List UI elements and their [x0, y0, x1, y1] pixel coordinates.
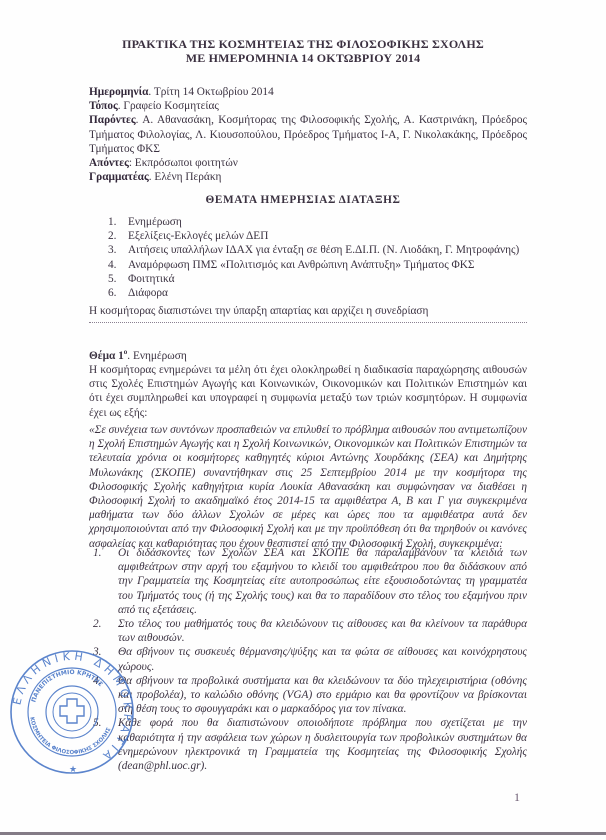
rule-item: 3.Θα σβήνουν τις συσκευές θέρμανσης/ψύξη… [89, 645, 527, 673]
meta-date-label: Ημερομηνία [89, 86, 148, 98]
agenda-item-number: 5. [108, 272, 128, 286]
rule-item: 1.Οι διδάσκοντες των Σχολών ΣΕΑ και ΣΚΟΠ… [89, 546, 527, 617]
rule-text: Κάθε φορά που θα διαπιστώνουν οποιοδήποτ… [118, 716, 527, 773]
agenda-item: 1.Ενημέρωση [108, 215, 519, 229]
rule-text: Θα σβήνουν τα προβολικά συστήματα και θα… [118, 674, 527, 717]
rule-text: Θα σβήνουν τις συσκευές θέρμανσης/ψύξης … [118, 645, 527, 673]
meta-date-value: . Τρίτη 14 Οκτωβρίου 2014 [148, 86, 273, 98]
meta-place-label: Τόπος [89, 100, 118, 112]
agenda-item: 2.Εξελίξεις-Εκλογές μελών ΔΕΠ [108, 229, 519, 243]
document-title-line-2: ΜΕ ΗΜΕΡΟΜΗΝΙΑ 14 ΟΚΤΩΒΡΙΟΥ 2014 [0, 51, 606, 66]
topic-1-heading: Θέμα 1ο. Ενημέρωση [89, 345, 527, 363]
agenda-heading: ΘΕΜΑΤΑ ΗΜΕΡΗΣΙΑΣ ΔΙΑΤΑΞΗΣ [0, 194, 606, 206]
agenda-item-number: 6. [108, 286, 128, 300]
document-title-line-1: ΠΡΑΚΤΙΚΑ ΤΗΣ ΚΟΣΜΗΤΕΙΑΣ ΤΗΣ ΦΙΛΟΣΟΦΙΚΗΣ … [0, 37, 606, 52]
agenda-item: 5.Φοιτητικά [108, 272, 519, 286]
meta-present-label: Παρόντες [89, 114, 136, 126]
rule-item: 2.Στο τέλος του μαθήματός τους θα κλειδώ… [89, 617, 527, 645]
agenda-item-text: Ενημέρωση [128, 215, 182, 229]
meta-place: Τόπος. Γραφείο Κοσμητείας [89, 99, 527, 113]
agenda-item-number: 2. [108, 229, 128, 243]
meta-secretary: Γραμματέας. Ελένη Περάκη [89, 170, 527, 184]
agenda-item-number: 1. [108, 215, 128, 229]
rule-text: Οι διδάσκοντες των Σχολών ΣΕΑ και ΣΚΟΠΕ … [118, 546, 527, 617]
agenda-item-number: 3. [108, 243, 128, 257]
topic-1-section: Θέμα 1ο. Ενημέρωση Η κοσμήτορας ενημερών… [89, 345, 527, 420]
agenda-item-text: Φοιτητικά [128, 272, 174, 286]
meta-present-value: . Α. Αθανασάκη, Κοσμήτορας της Φιλοσοφικ… [89, 114, 527, 154]
meta-absent-value: : Εκπρόσωποι φοιτητών [129, 157, 238, 169]
rule-text: Στο τέλος του μαθήματός τους θα κλειδώνο… [118, 617, 527, 645]
topic-1-title: . Ενημέρωση [127, 350, 186, 362]
topic-1-text: Η κοσμήτορας ενημερώνει τα μέλη ότι έχει… [89, 363, 527, 420]
agenda-item: 4.Αναμόρφωση ΠΜΣ «Πολιτισμός και Ανθρώπι… [108, 258, 519, 272]
agenda-list: 1.Ενημέρωση2.Εξελίξεις-Εκλογές μελών ΔΕΠ… [108, 215, 519, 300]
rule-item: 4.Θα σβήνουν τα προβολικά συστήματα και … [89, 674, 527, 717]
meta-date: Ημερομηνία. Τρίτη 14 Οκτωβρίου 2014 [89, 85, 527, 99]
quorum-statement: Η κοσμήτορας διαπιστώνει την ύπαρξη απαρ… [89, 304, 527, 318]
svg-text:★: ★ [69, 765, 77, 775]
meta-place-value: . Γραφείο Κοσμητείας [118, 100, 219, 112]
agenda-item-number: 4. [108, 258, 128, 272]
document-page: ΠΡΑΚΤΙΚΑ ΤΗΣ ΚΟΣΜΗΤΕΙΑΣ ΤΗΣ ΦΙΛΟΣΟΦΙΚΗΣ … [0, 0, 606, 840]
dotted-divider [89, 321, 527, 323]
agenda-item-text: Αναμόρφωση ΠΜΣ «Πολιτισμός και Ανθρώπινη… [128, 258, 475, 272]
scan-bottom-edge [0, 832, 606, 835]
university-stamp-icon: ΕΛΛΗΝΙΚΗ ΔΗΜΟΚΡΑΤΙΑ ΠΑΝΕΠΙΣΤΗΜΙΟ ΚΡΗΤΗΣ … [8, 648, 136, 776]
meta-absent: Απόντες: Εκπρόσωποι φοιτητών [89, 156, 527, 170]
rule-number: 2. [89, 617, 118, 645]
agenda-item-text: Εξελίξεις-Εκλογές μελών ΔΕΠ [128, 229, 268, 243]
agenda-item: 3.Αιτήσεις υπαλλήλων ΙΔΑΧ για ένταξη σε … [108, 243, 519, 257]
agenda-item-text: Διάφορα [128, 286, 168, 300]
page-number: 1 [514, 790, 520, 805]
meta-secretary-value: . Ελένη Περάκη [149, 171, 222, 183]
rule-number: 1. [89, 546, 118, 617]
agenda-item: 6.Διάφορα [108, 286, 519, 300]
agreement-quote: «Σε συνέχεια των συντόνων προσπαθειών να… [89, 423, 527, 551]
topic-1-label: Θέμα 1 [89, 350, 124, 362]
rule-item: 5.Κάθε φορά που θα διαπιστώνουν οποιοδήπ… [89, 716, 527, 773]
meta-present: Παρόντες. Α. Αθανασάκη, Κοσμήτορας της Φ… [89, 113, 527, 156]
agenda-item-text: Αιτήσεις υπαλλήλων ΙΔΑΧ για ένταξη σε θέ… [128, 243, 519, 257]
meta-secretary-label: Γραμματέας [89, 171, 149, 183]
meeting-metadata: Ημερομηνία. Τρίτη 14 Οκτωβρίου 2014 Τόπο… [89, 85, 527, 184]
meta-absent-label: Απόντες [89, 157, 129, 169]
rules-list: 1.Οι διδάσκοντες των Σχολών ΣΕΑ και ΣΚΟΠ… [89, 546, 527, 773]
